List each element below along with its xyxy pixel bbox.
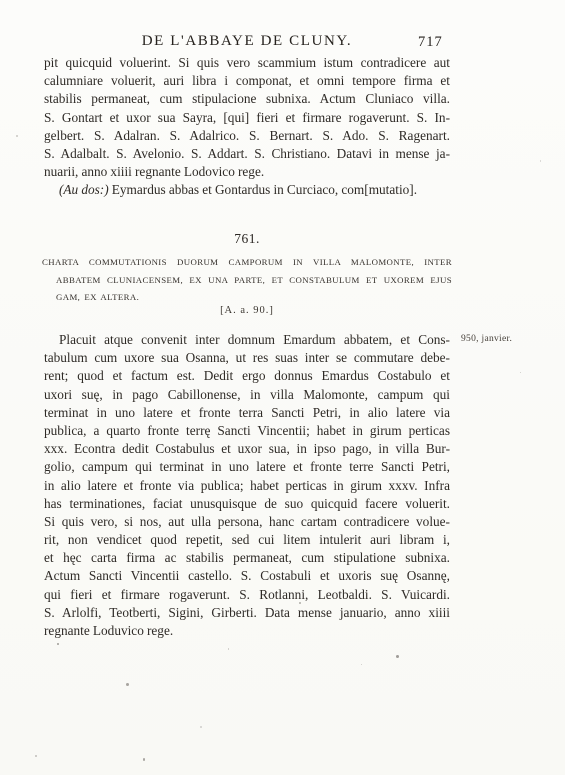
body-text-line: publica, a quarto fronte terrę Sancti Vi… <box>44 422 450 440</box>
body-text-line: S. Arlolfi, Teotberti, Sigini, Girberti.… <box>44 604 450 622</box>
body-text-line: golio, campum qui terminat in uno latere… <box>44 458 450 476</box>
charter-760-continuation: pit quicquid voluerint. Si quis vero sca… <box>44 54 450 200</box>
au-dos-label: (Au dos:) <box>59 182 109 197</box>
body-text-line: xxx. Econtra dedit Costabulus et uxor su… <box>44 440 450 458</box>
margin-date-note: 950, janvier. <box>461 334 531 344</box>
body-text-line: tabulum cum uxore sua Osanna, ut res sua… <box>44 349 450 367</box>
body-text-line: Si quis vero, si nos, aut ulla persona, … <box>44 513 450 531</box>
body-text-line: terminat in uno latere et fronte terra S… <box>44 404 450 422</box>
scan-speck <box>200 726 202 728</box>
body-text-line: nuarii, anno xiiii regnante Lodovico reg… <box>44 163 450 181</box>
endorsement-line: (Au dos:) Eymardus abbas et Gontardus in… <box>44 181 450 199</box>
charter-analytic-title: CHARTA COMMUTATIONIS DUORUM CAMPORUM IN … <box>42 254 452 307</box>
body-text-line: calumniare voluerit, auri libra i compon… <box>44 72 450 90</box>
body-text-line: stabilis permaneat, cum stipulacione sub… <box>44 90 450 108</box>
body-text-line: S. Gontart et uxor sua Sayra, [qui] fier… <box>44 109 450 127</box>
body-text-line: et hęc carta firma ac stabilis permaneat… <box>44 549 450 567</box>
scan-speck <box>57 643 59 645</box>
title-caps-line: GAM, EX ALTERA. <box>42 289 452 307</box>
body-text-line: uxori suę, in pago Cabillonense, in vill… <box>44 386 450 404</box>
body-text-line: qui fieri et firmare rogaverunt. S. Rotl… <box>44 586 450 604</box>
scan-speck <box>396 655 399 658</box>
body-text-line: rit, non vendicet quod repetit, sed cui … <box>44 531 450 549</box>
charter-number: 761. <box>44 231 450 247</box>
scan-speck <box>126 683 129 686</box>
scan-speck <box>540 160 541 162</box>
body-text-line: S. Adalbalt. S. Avelonio. S. Addart. S. … <box>44 145 450 163</box>
endorsement-text: Eymardus abbas et Gontardus in Curciaco,… <box>109 182 417 197</box>
body-text-line: Actum Sancti Vincentii castello. S. Cost… <box>44 567 450 585</box>
running-header-title: DE L'ABBAYE DE CLUNY. <box>44 33 450 51</box>
body-text-line: rent; quod et factum est. Dedit ergo don… <box>44 367 450 385</box>
charter-760-body: pit quicquid voluerint. Si quis vero sca… <box>44 54 450 181</box>
body-text-line: pit quicquid voluerint. Si quis vero sca… <box>44 54 450 72</box>
archive-reference: [A. a. 90.] <box>44 305 450 316</box>
scan-speck <box>361 664 362 665</box>
scan-speck <box>228 648 229 650</box>
scan-speck <box>16 135 18 137</box>
book-page-scan: DE L'ABBAYE DE CLUNY. 717 pit quicquid v… <box>0 0 565 775</box>
scan-speck <box>299 602 301 604</box>
title-caps-line: CHARTA COMMUTATIONIS DUORUM CAMPORUM IN … <box>42 254 452 272</box>
scan-speck <box>143 758 145 761</box>
scan-speck <box>520 372 521 373</box>
title-caps-line: ABBATEM CLUNIACENSEM, EX UNA PARTE, ET C… <box>42 272 452 290</box>
scan-speck <box>35 755 37 757</box>
body-text-line: regnante Loduvico rege. <box>44 622 450 640</box>
body-text-line: in alio latere et fronte via publica; ha… <box>44 477 450 495</box>
body-text-line: has terminationes, faciat unusquisque de… <box>44 495 450 513</box>
body-text-line: gelbert. S. Adalran. S. Adalrico. S. Ber… <box>44 127 450 145</box>
body-text-line: Placuit atque convenit inter domnum Emar… <box>44 331 450 349</box>
page-number: 717 <box>418 34 448 51</box>
charter-761-body: Placuit atque convenit inter domnum Emar… <box>44 331 450 640</box>
